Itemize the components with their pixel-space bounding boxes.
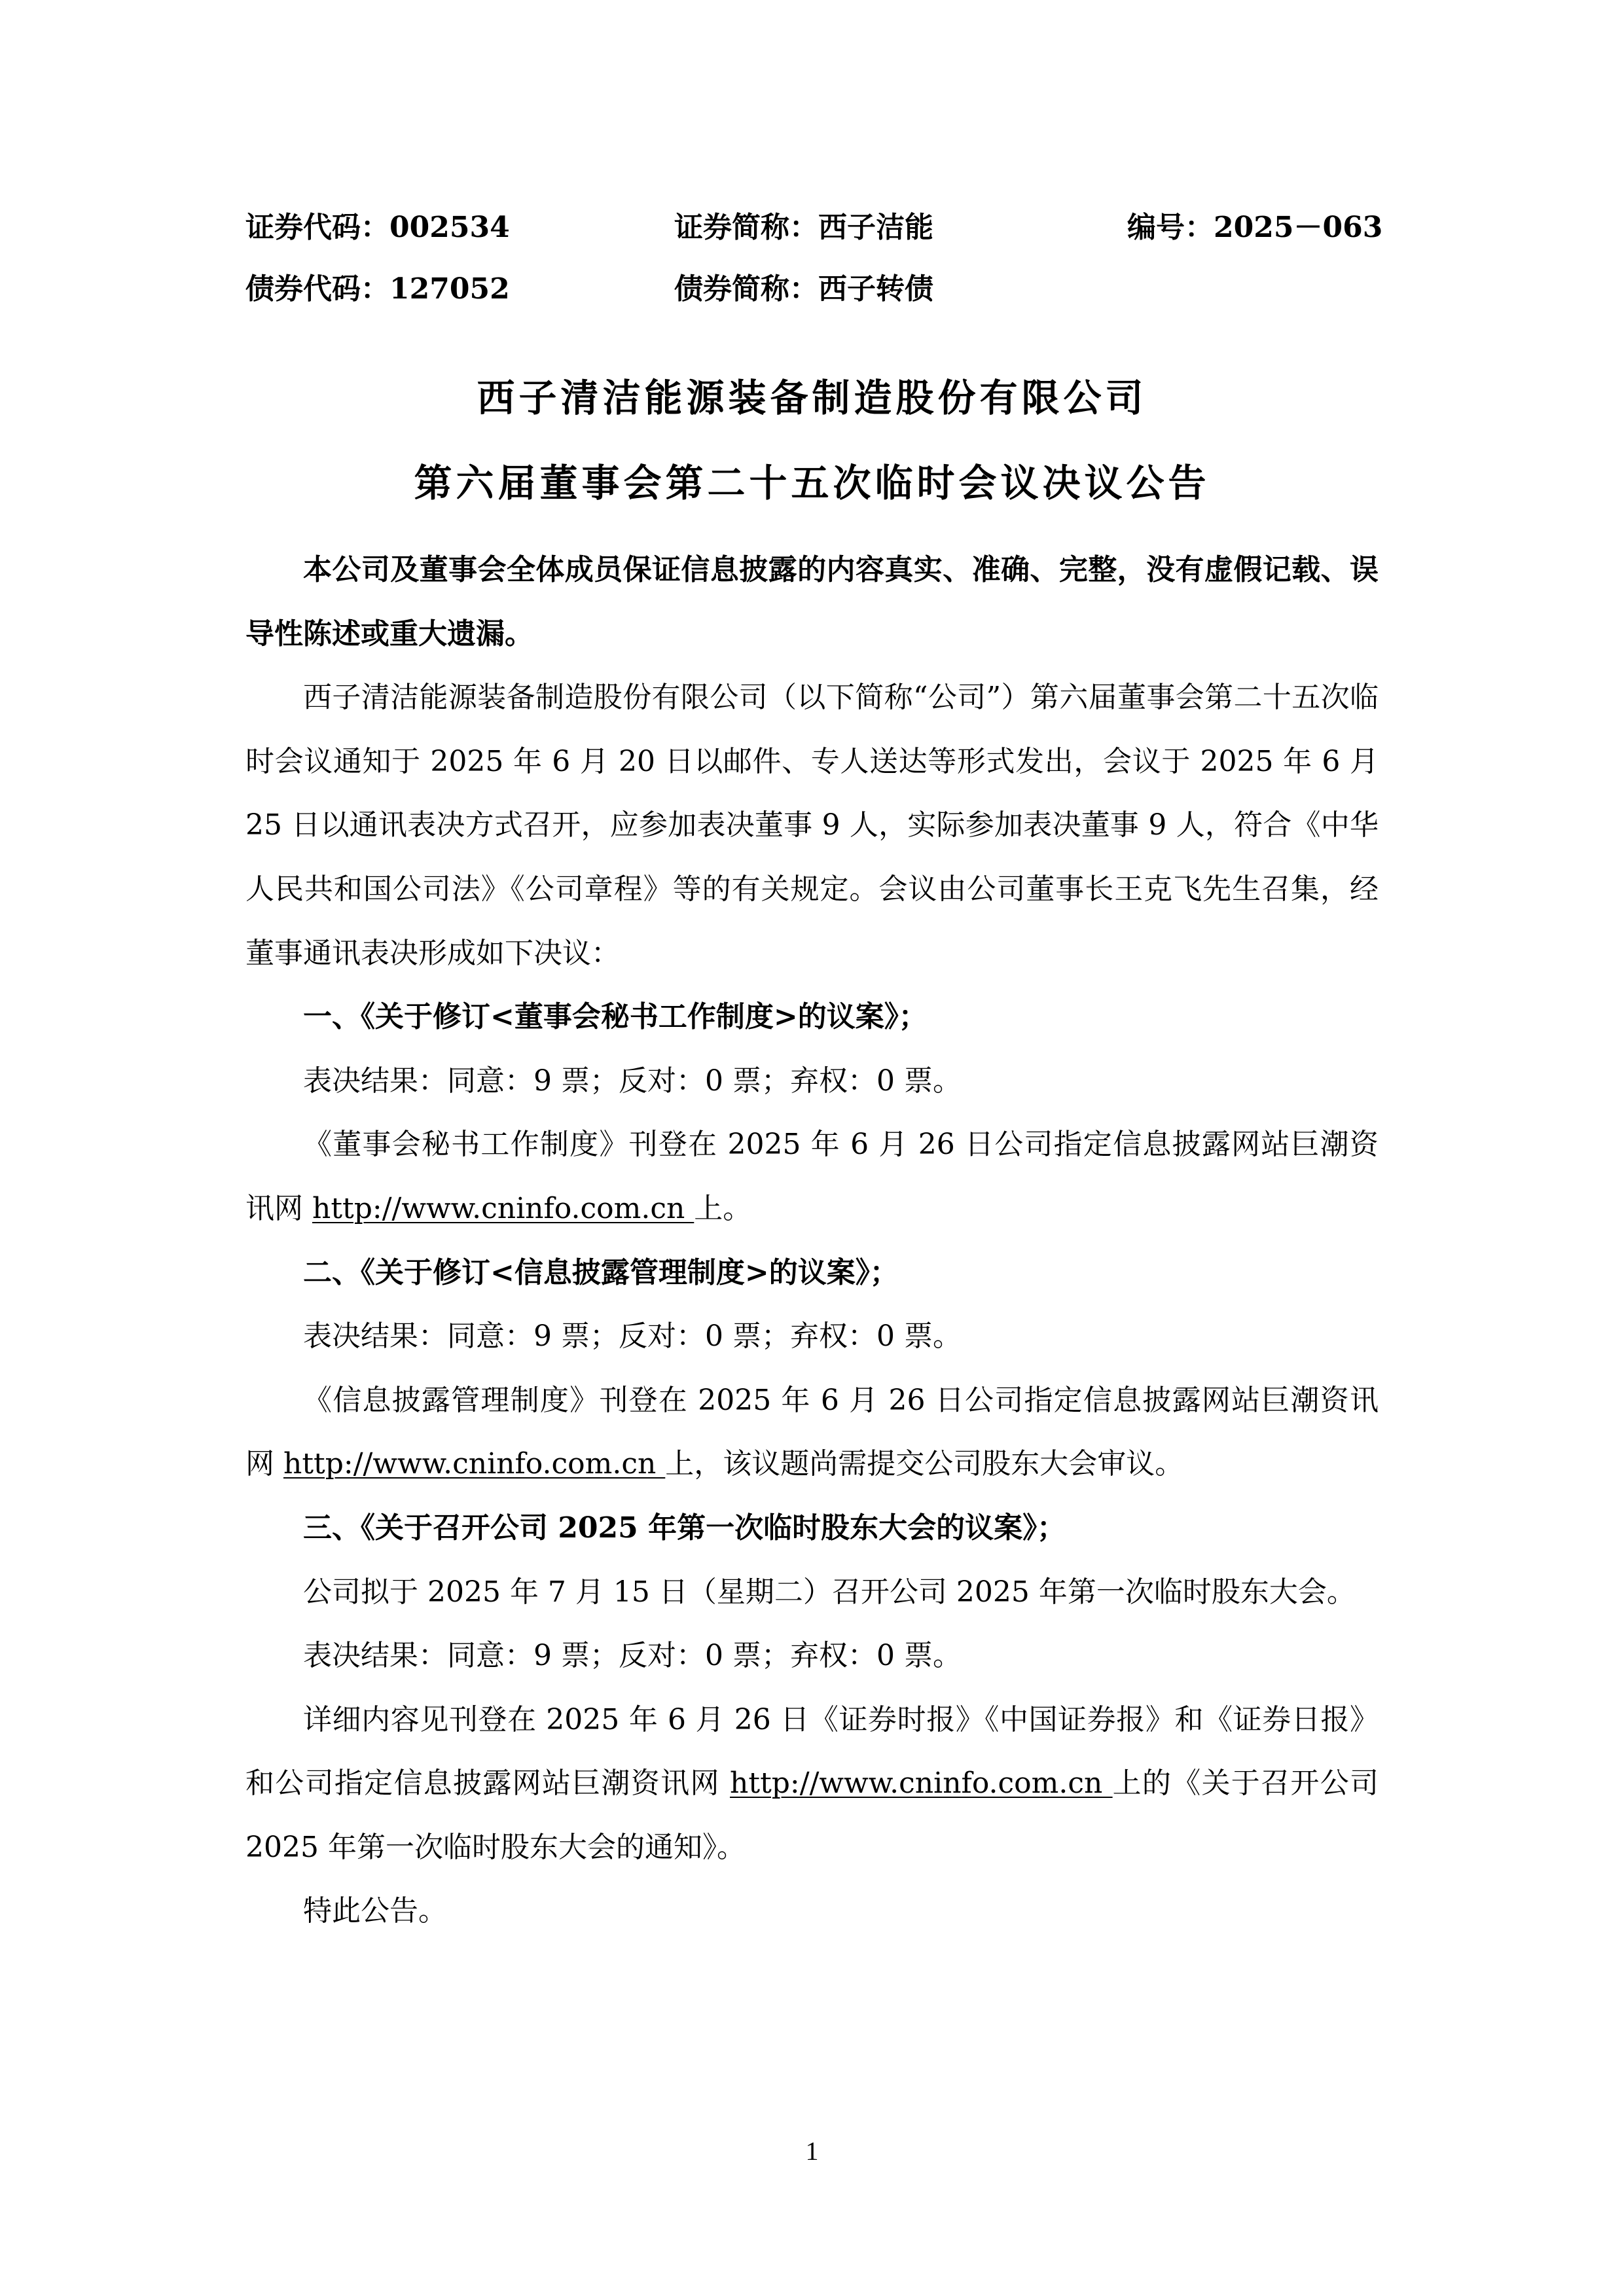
resolution-3-note: 详细内容见刊登在 2025 年 6 月 26 日《证券时报》《中国证券报》和《证…	[245, 1688, 1379, 1880]
company-name-title: 西子清洁能源装备制造股份有限公司	[245, 372, 1379, 424]
intro-paragraph: 西子清洁能源装备制造股份有限公司（以下简称“公司”）第六届董事会第二十五次临时会…	[245, 666, 1379, 985]
resolution-1-heading: 一、《关于修订<董事会秘书工作制度>的议案》；	[245, 985, 1379, 1049]
announcement-serial-number: 编号：2025－063	[1127, 208, 1382, 247]
stock-abbreviation: 证券简称：西子洁能	[674, 208, 933, 247]
document-page: 证券代码：002534 证券简称：西子洁能 编号：2025－063 债券代码：1…	[0, 0, 1624, 2296]
resolution-1-note: 《董事会秘书工作制度》刊登在 2025 年 6 月 26 日公司指定信息披露网站…	[245, 1113, 1379, 1240]
resolution-2-vote: 表决结果：同意：9 票；反对：0 票；弃权：0 票。	[245, 1304, 1379, 1369]
resolution-1-vote: 表决结果：同意：9 票；反对：0 票；弃权：0 票。	[245, 1049, 1379, 1113]
declaration-paragraph: 本公司及董事会全体成员保证信息披露的内容真实、准确、完整，没有虚假记载、误导性陈…	[245, 538, 1379, 666]
resolution-3-heading: 三、《关于召开公司 2025 年第一次临时股东大会的议案》；	[245, 1496, 1379, 1560]
announcement-title: 第六届董事会第二十五次临时会议决议公告	[245, 457, 1379, 509]
bond-code: 债券代码：127052	[245, 270, 510, 309]
cninfo-link[interactable]: http://www.cninfo.com.cn	[312, 1192, 694, 1225]
resolution-3-vote: 表决结果：同意：9 票；反对：0 票；弃权：0 票。	[245, 1624, 1379, 1688]
resolution-1-note-tail: 上。	[694, 1192, 751, 1225]
resolution-2-note: 《信息披露管理制度》刊登在 2025 年 6 月 26 日公司指定信息披露网站巨…	[245, 1369, 1379, 1496]
closing-statement: 特此公告。	[245, 1879, 1379, 1943]
resolution-3-detail: 公司拟于 2025 年 7 月 15 日（星期二）召开公司 2025 年第一次临…	[245, 1560, 1379, 1624]
document-body: 本公司及董事会全体成员保证信息披露的内容真实、准确、完整，没有虚假记载、误导性陈…	[245, 538, 1379, 1943]
page-number: 1	[0, 2135, 1624, 2168]
cninfo-link[interactable]: http://www.cninfo.com.cn	[730, 1767, 1113, 1800]
resolution-2-heading: 二、《关于修订<信息披露管理制度>的议案》；	[245, 1241, 1379, 1305]
stock-code: 证券代码：002534	[245, 208, 510, 247]
bond-abbreviation: 债券简称：西子转债	[674, 270, 933, 309]
resolution-2-note-tail: 上，该议题尚需提交公司股东大会审议。	[665, 1447, 1183, 1480]
header-row-2: 债券代码：127052 债券简称：西子转债	[245, 270, 1379, 309]
header-row-1: 证券代码：002534 证券简称：西子洁能 编号：2025－063	[245, 208, 1379, 247]
cninfo-link[interactable]: http://www.cninfo.com.cn	[283, 1447, 665, 1480]
